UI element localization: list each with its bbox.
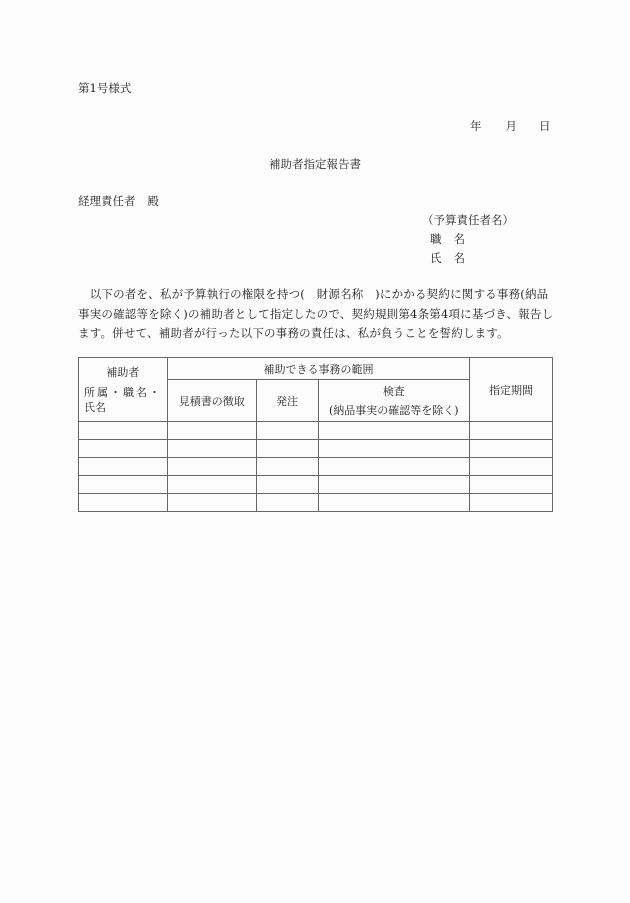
cell-estimate[interactable] (167, 440, 256, 458)
assistant-header: 補助者 (84, 365, 167, 380)
sender-name-row[interactable]: 氏名 (422, 251, 514, 270)
assistant-subheader-line2: 氏名 (84, 401, 106, 414)
addressee-honorific: 殿 (148, 194, 160, 208)
date-day-label: 日 (539, 119, 551, 133)
date-month-label: 月 (506, 119, 518, 133)
name-label-a: 氏 (430, 251, 442, 265)
cell-period[interactable] (470, 494, 553, 512)
table-row (79, 422, 553, 440)
table-row (79, 440, 553, 458)
declaration-line-3: ます。併せて、補助者が行った以下の事務の責任は、私が負うことを誓約します。 (78, 324, 554, 344)
cell-period[interactable] (470, 440, 553, 458)
table-row (79, 458, 553, 476)
sender-block: （予算責任者名） 職名 氏名 (422, 213, 514, 270)
declaration-line-2: 事実の確認等を除く)の補助者として指定したので、契約規則第4条第4項に基づき、報… (78, 305, 554, 325)
addressee: 経理責任者殿 (78, 194, 159, 208)
form-number: 第1号様式 (78, 81, 131, 95)
document-title: 補助者指定報告書 (0, 157, 630, 171)
cell-inspection[interactable] (318, 494, 470, 512)
scope-header: 補助できる事務の範囲 (167, 358, 469, 380)
cell-estimate[interactable] (167, 476, 256, 494)
inspection-header-cell: 検査 (納品事実の確認等を除く) (318, 380, 470, 422)
date-line: 年月日 (470, 119, 551, 133)
table-header-row-1: 補助者 所属・職名・ 氏名 補助できる事務の範囲 指定期間 (79, 358, 553, 380)
cell-assistant[interactable] (79, 494, 168, 512)
cell-inspection[interactable] (318, 422, 470, 440)
position-label-b: 名 (454, 232, 466, 246)
order-header: 発注 (256, 380, 318, 422)
estimate-header: 見積書の徴取 (167, 380, 256, 422)
addressee-name: 経理責任者 (78, 194, 136, 208)
cell-assistant[interactable] (79, 476, 168, 494)
cell-estimate[interactable] (167, 422, 256, 440)
inspection-note: (納品事実の確認等を除く) (319, 401, 470, 420)
delegation-table: 補助者 所属・職名・ 氏名 補助できる事務の範囲 指定期間 見積書の徴取 発注 … (78, 357, 553, 512)
table-row (79, 494, 553, 512)
cell-order[interactable] (256, 440, 318, 458)
cell-order[interactable] (256, 458, 318, 476)
cell-inspection[interactable] (318, 458, 470, 476)
period-header: 指定期間 (470, 358, 553, 422)
declaration-line-1: 以下の者を、私が予算執行の権限を持つ( 財源名称 )にかかる契約に関する事務(納… (78, 285, 554, 305)
cell-assistant[interactable] (79, 422, 168, 440)
cell-order[interactable] (256, 476, 318, 494)
inspection-header: 検査 (319, 382, 470, 401)
cell-period[interactable] (470, 422, 553, 440)
assistant-subheader-line1: 所属・職名・ (84, 386, 162, 399)
cell-period[interactable] (470, 458, 553, 476)
sender-heading: （予算責任者名） (422, 213, 514, 232)
cell-estimate[interactable] (167, 458, 256, 476)
cell-period[interactable] (470, 476, 553, 494)
date-year-label: 年 (470, 119, 482, 133)
declaration-text: 以下の者を、私が予算執行の権限を持つ( 財源名称 )にかかる契約に関する事務(納… (78, 285, 554, 344)
cell-assistant[interactable] (79, 440, 168, 458)
table-row (79, 476, 553, 494)
assistant-header-cell: 補助者 所属・職名・ 氏名 (79, 358, 168, 422)
cell-assistant[interactable] (79, 458, 168, 476)
cell-inspection[interactable] (318, 440, 470, 458)
cell-estimate[interactable] (167, 494, 256, 512)
sender-position-row[interactable]: 職名 (422, 232, 514, 251)
position-label-a: 職 (430, 232, 442, 246)
cell-order[interactable] (256, 422, 318, 440)
cell-order[interactable] (256, 494, 318, 512)
name-label-b: 名 (454, 251, 466, 265)
cell-inspection[interactable] (318, 476, 470, 494)
